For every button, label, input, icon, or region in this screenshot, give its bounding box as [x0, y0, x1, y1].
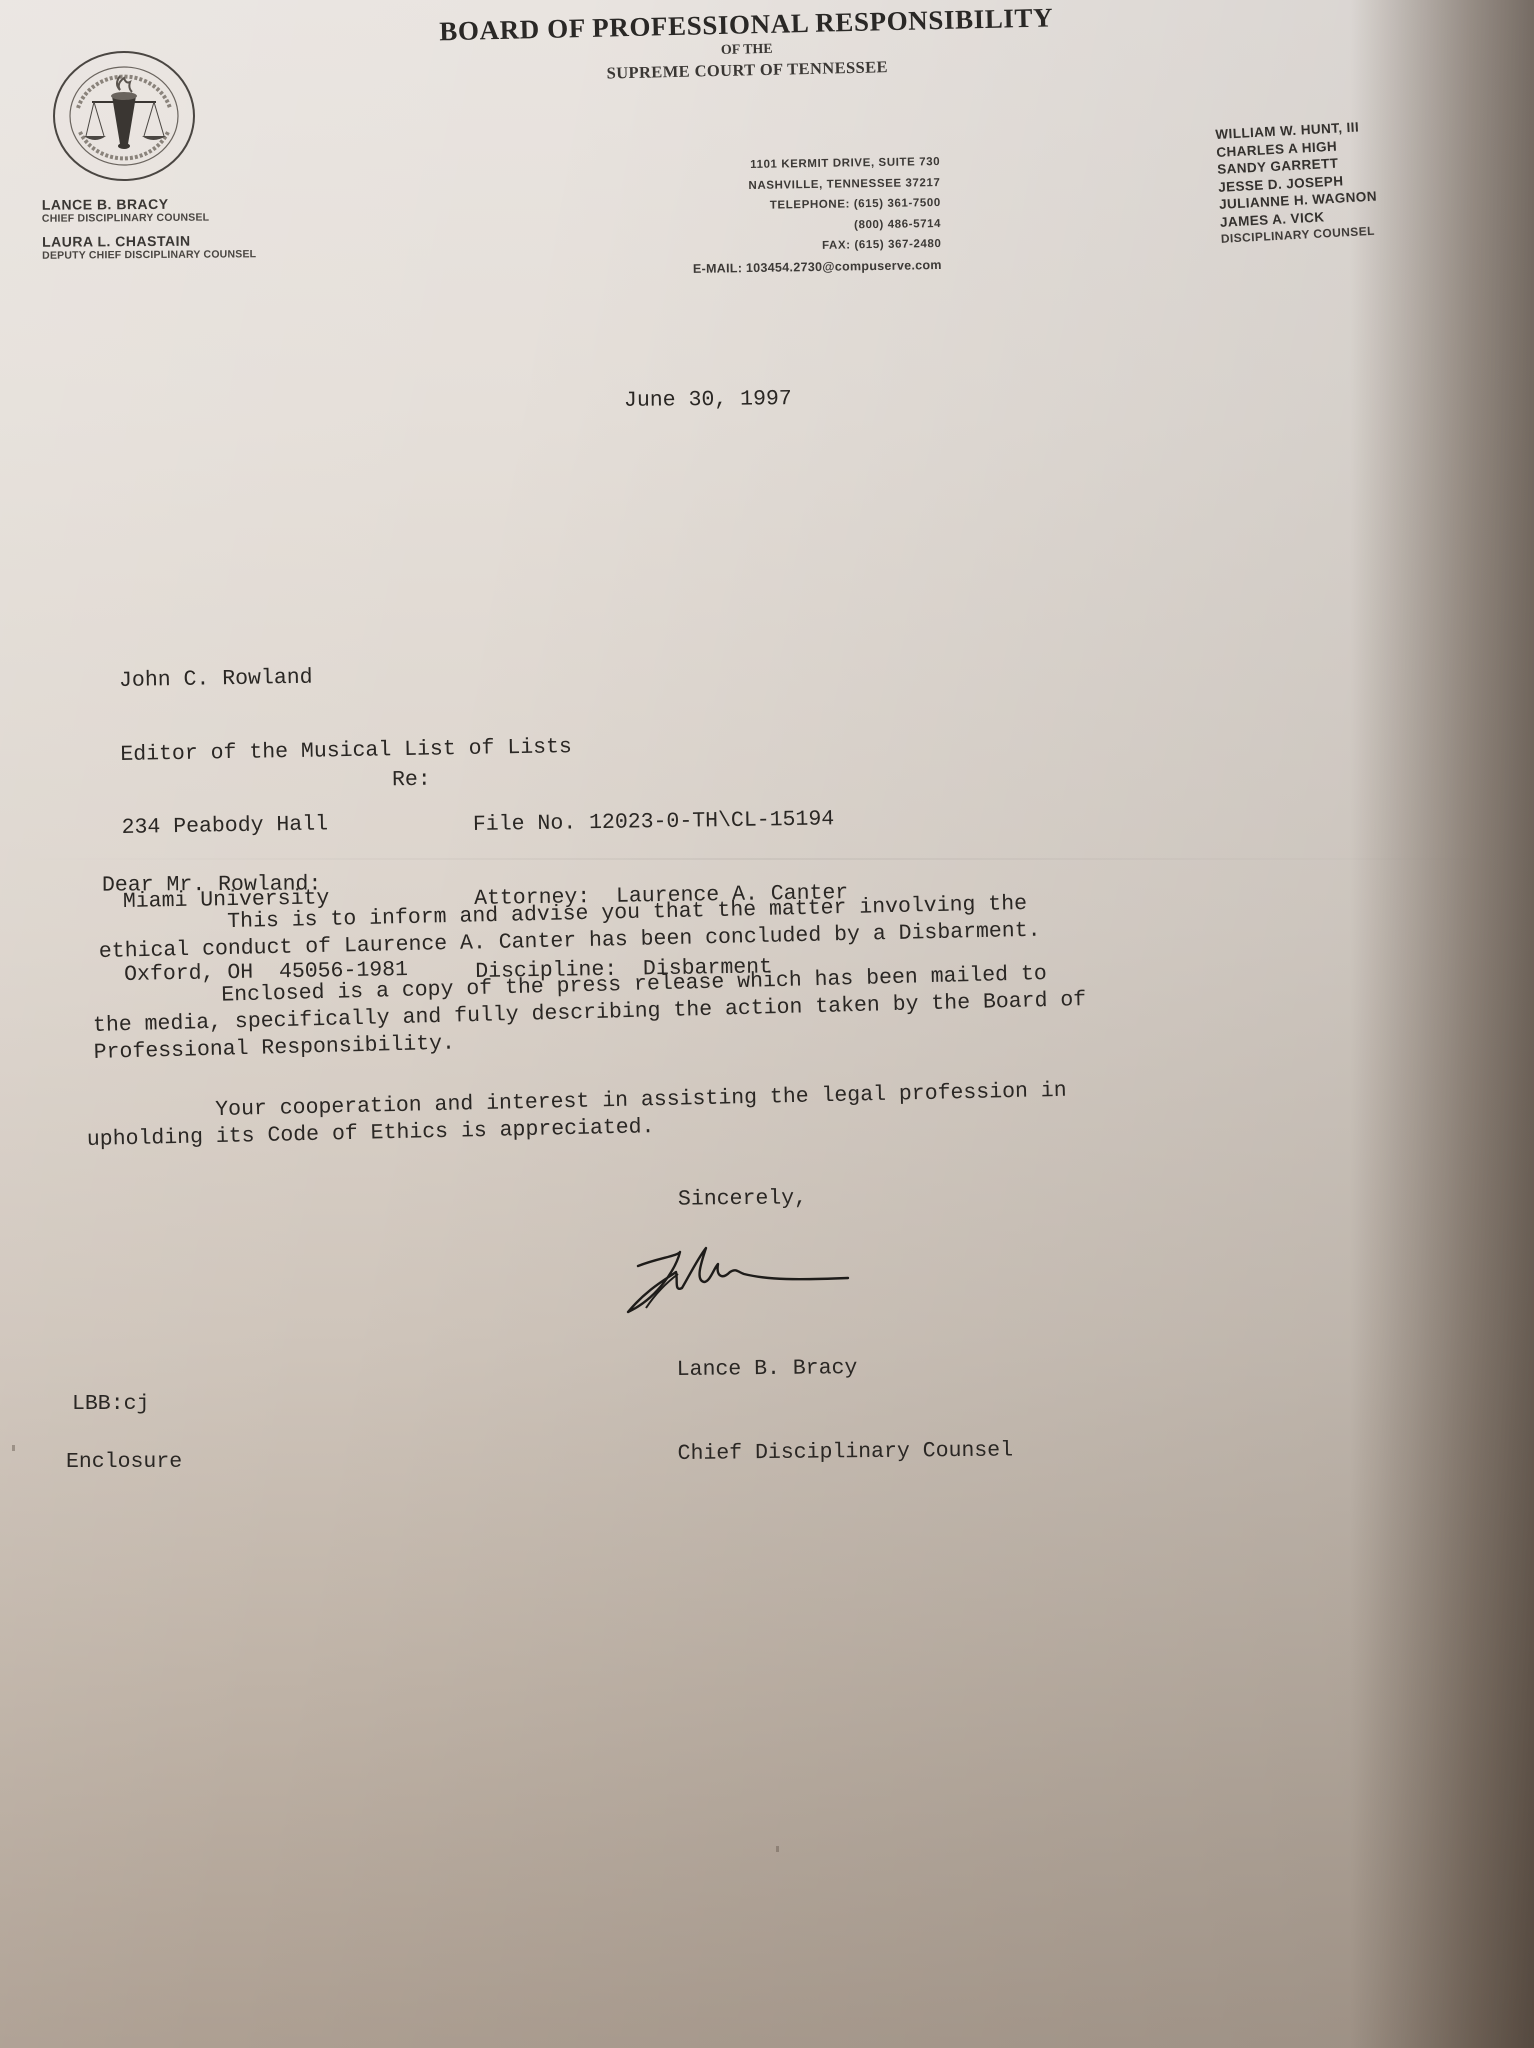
recipient-line: John C. Rowland	[119, 661, 571, 693]
salutation: Dear Mr. Rowland:	[102, 872, 321, 897]
staff-title: CHIEF DISCIPLINARY COUNSEL	[42, 211, 256, 224]
signature-block: Lance B. Bracy Chief Disciplinary Counse…	[676, 1296, 1014, 1496]
typist-initials: LBB:cj	[72, 1392, 149, 1416]
re-label: Re:	[392, 768, 431, 792]
letterhead-address: 1101 KERMIT DRIVE, SUITE 730 NASHVILLE, …	[560, 152, 942, 281]
letter-date: June 30, 1997	[624, 387, 792, 413]
paper-speck	[776, 1846, 779, 1852]
scales-of-justice-seal-icon	[50, 48, 198, 184]
staff-name: LANCE B. BRACY	[42, 195, 256, 212]
signer-name: Lance B. Bracy	[677, 1352, 1013, 1384]
enclosure-note: Enclosure	[66, 1450, 182, 1474]
right-staff-list: WILLIAM W. HUNT, III CHARLES A HIGH SAND…	[1215, 118, 1379, 249]
re-file-number: File No. 12023-0-TH\CL-15194	[473, 807, 848, 837]
recipient-line: Editor of the Musical List of Lists	[120, 735, 572, 767]
closing: Sincerely,	[678, 1186, 807, 1211]
staff-name: LAURA L. CHASTAIN	[42, 232, 256, 249]
signer-title: Chief Disciplinary Counsel	[677, 1436, 1013, 1468]
left-staff-list: LANCE B. BRACY CHIEF DISCIPLINARY COUNSE…	[42, 195, 257, 270]
paper-speck	[12, 1445, 15, 1451]
staff-title: DEPUTY CHIEF DISCIPLINARY COUNSEL	[42, 248, 256, 261]
